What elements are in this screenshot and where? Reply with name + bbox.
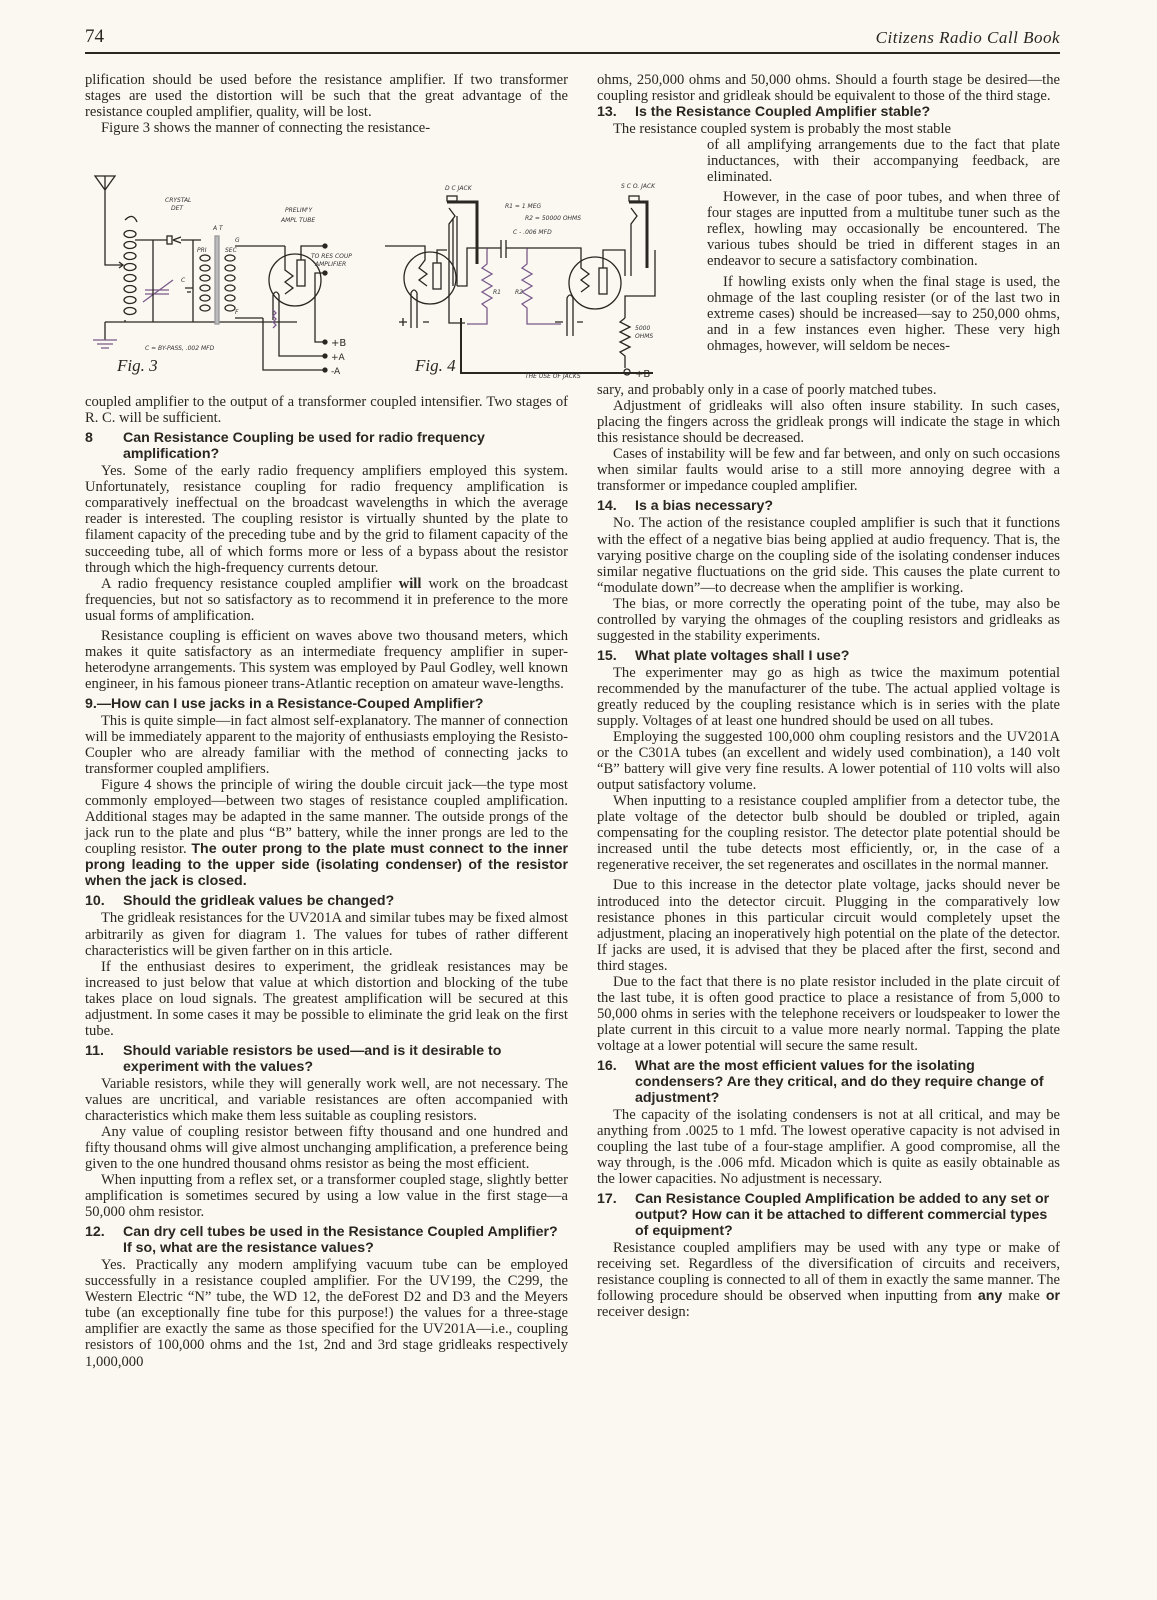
page-number: 74 <box>85 26 104 48</box>
paragraph: No. The action of the resistance coupled… <box>597 515 1060 595</box>
paragraph: Adjustment of gridleaks will also often … <box>597 398 1060 446</box>
paragraph: The bias, or more correctly the operatin… <box>597 596 1060 644</box>
question-10-heading: 10.Should the gridleak values be changed… <box>85 893 568 909</box>
question-12-heading: 12.Can dry cell tubes be used in the Res… <box>85 1224 568 1256</box>
paragraph: The resistance coupled system is probabl… <box>597 121 1060 137</box>
paragraph: coupled amplifier to the output of a tra… <box>85 394 568 426</box>
figure-space <box>85 136 568 394</box>
question-14-heading: 14.Is a bias necessary? <box>597 498 1060 514</box>
paragraph: Resistance coupled amplifiers may be use… <box>597 1240 1060 1320</box>
paragraph: The gridleak resistances for the UV201A … <box>85 910 568 958</box>
question-17-heading: 17.Can Resistance Coupled Amplification … <box>597 1191 1060 1239</box>
paragraph: The capacity of the isolating condensers… <box>597 1107 1060 1187</box>
paragraph: Any value of coupling resistor between f… <box>85 1124 568 1172</box>
question-15-heading: 15.What plate voltages shall I use? <box>597 648 1060 664</box>
paragraph: Due to this increase in the detector pla… <box>597 877 1060 973</box>
paragraph: Resistance coupling is efficient on wave… <box>85 628 568 692</box>
question-13-heading: 13.Is the Resistance Coupled Amplifier s… <box>597 104 1060 120</box>
question-9-heading: 9.—How can I use jacks in a Resistance-C… <box>85 696 568 712</box>
paragraph: The experimenter may go as high as twice… <box>597 665 1060 729</box>
paragraph: plification should be used before the re… <box>85 72 568 120</box>
book-page: 74 Citizens Radio Call Book CRYSTAL <box>0 0 1157 1600</box>
paragraph: When inputting to a resistance coupled a… <box>597 793 1060 873</box>
figure-wrap-space <box>597 137 707 382</box>
right-column: ohms, 250,000 ohms and 50,000 ohms. Shou… <box>597 72 1060 1320</box>
paragraph: Variable resistors, while they will gene… <box>85 1076 568 1124</box>
running-title: Citizens Radio Call Book <box>876 28 1060 48</box>
question-16-heading: 16.What are the most efficient values fo… <box>597 1058 1060 1106</box>
paragraph: Employing the suggested 100,000 ohm coup… <box>597 729 1060 793</box>
paragraph: Cases of instability will be few and far… <box>597 446 1060 494</box>
question-8-heading: 8Can Resistance Coupling be used for rad… <box>85 430 568 462</box>
paragraph: ohms, 250,000 ohms and 50,000 ohms. Shou… <box>597 72 1060 104</box>
left-column: plification should be used before the re… <box>85 72 568 1370</box>
paragraph: This is quite simple—in fact almost self… <box>85 713 568 777</box>
paragraph: Figure 3 shows the manner of connecting … <box>85 120 568 136</box>
paragraph: A radio frequency resistance coupled amp… <box>85 576 568 624</box>
paragraph: If the enthusiast desires to experiment,… <box>85 959 568 1039</box>
page-header: 74 Citizens Radio Call Book <box>85 26 1060 54</box>
paragraph: sary, and probably only in a case of poo… <box>597 382 1060 398</box>
paragraph: Figure 4 shows the principle of wiring t… <box>85 777 568 889</box>
paragraph: When inputting from a reflex set, or a t… <box>85 1172 568 1220</box>
paragraph: Yes. Practically any modern amplifying v… <box>85 1257 568 1369</box>
paragraph: Yes. Some of the early radio frequency a… <box>85 463 568 575</box>
question-11-heading: 11.Should variable resistors be used—and… <box>85 1043 568 1075</box>
paragraph: Due to the fact that there is no plate r… <box>597 974 1060 1054</box>
